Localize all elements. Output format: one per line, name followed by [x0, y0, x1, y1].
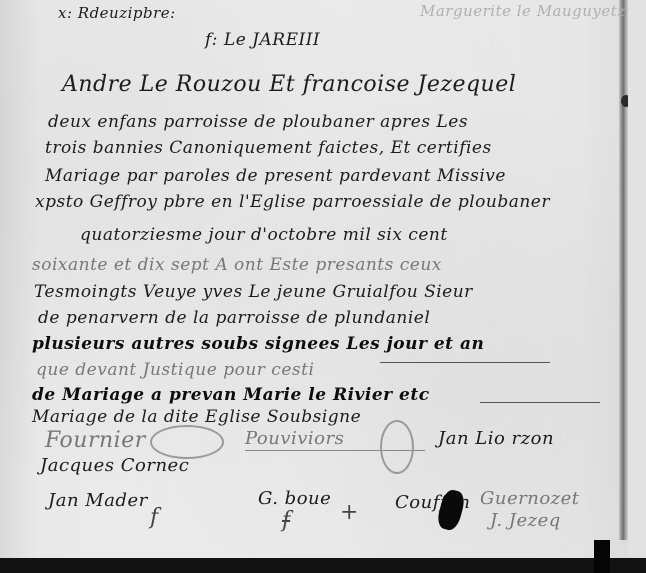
record-line: Andre Le Rouzou Et francoise Jezequel	[62, 72, 516, 97]
underline-stroke	[480, 402, 600, 403]
page-binding-edge	[619, 0, 628, 540]
signature: Pouviviors	[245, 428, 344, 449]
record-line: Mariage de la dite Eglise Soubsigne	[32, 407, 361, 427]
record-line: xpsto Geffroy pbre en l'Eglise parroessi…	[35, 192, 550, 212]
header-left-note: x: Rdeuzipbre:	[58, 4, 176, 22]
record-line: Tesmoingts Veuye yves Le jeune Gruialfou…	[34, 282, 473, 302]
record-line: plusieurs autres soubs signees Les jour …	[32, 334, 484, 354]
record-line: deux enfans parroisse de ploubaner apres…	[48, 112, 468, 132]
register-page: Marguerite le Mauguyetz x: Rdeuzipbre: f…	[0, 0, 646, 558]
record-line: Mariage par paroles de present pardevant…	[45, 166, 506, 186]
record-line: de Mariage a prevan Marie le Rivier etc	[32, 385, 430, 405]
signature-flourish	[150, 425, 224, 459]
facing-page-edge	[628, 0, 646, 558]
signature: J. Jezeq	[490, 510, 561, 531]
signature: G. boue	[258, 488, 331, 509]
record-line: de penarvern de la parroisse de plundani…	[38, 308, 430, 328]
signature: Jan Mader	[48, 490, 148, 511]
signature-flourish	[380, 420, 414, 474]
scan-border	[0, 558, 646, 573]
record-line: que devant Justique pour cesti	[36, 360, 314, 380]
signature: Fournier	[45, 428, 146, 453]
record-heading: f: Le JAREIII	[205, 30, 320, 50]
signature-mark: f	[150, 505, 158, 530]
record-line: trois bannies Canoniquement faictes, Et …	[45, 138, 492, 158]
cross-mark: +	[340, 500, 358, 525]
bleed-through-text: Marguerite le Mauguyetz	[420, 2, 626, 20]
underline-stroke	[380, 362, 550, 363]
signature: Jacques Cornec	[40, 455, 189, 476]
signature: Jan Lio rzon	[438, 428, 554, 449]
signature: Guernozet	[480, 488, 580, 509]
signature-mark: f	[282, 508, 290, 533]
record-line: soixante et dix sept A ont Este presants…	[32, 255, 442, 275]
scan-border-corner	[594, 540, 610, 573]
record-line: quatorziesme jour d'octobre mil six cent	[80, 225, 448, 245]
